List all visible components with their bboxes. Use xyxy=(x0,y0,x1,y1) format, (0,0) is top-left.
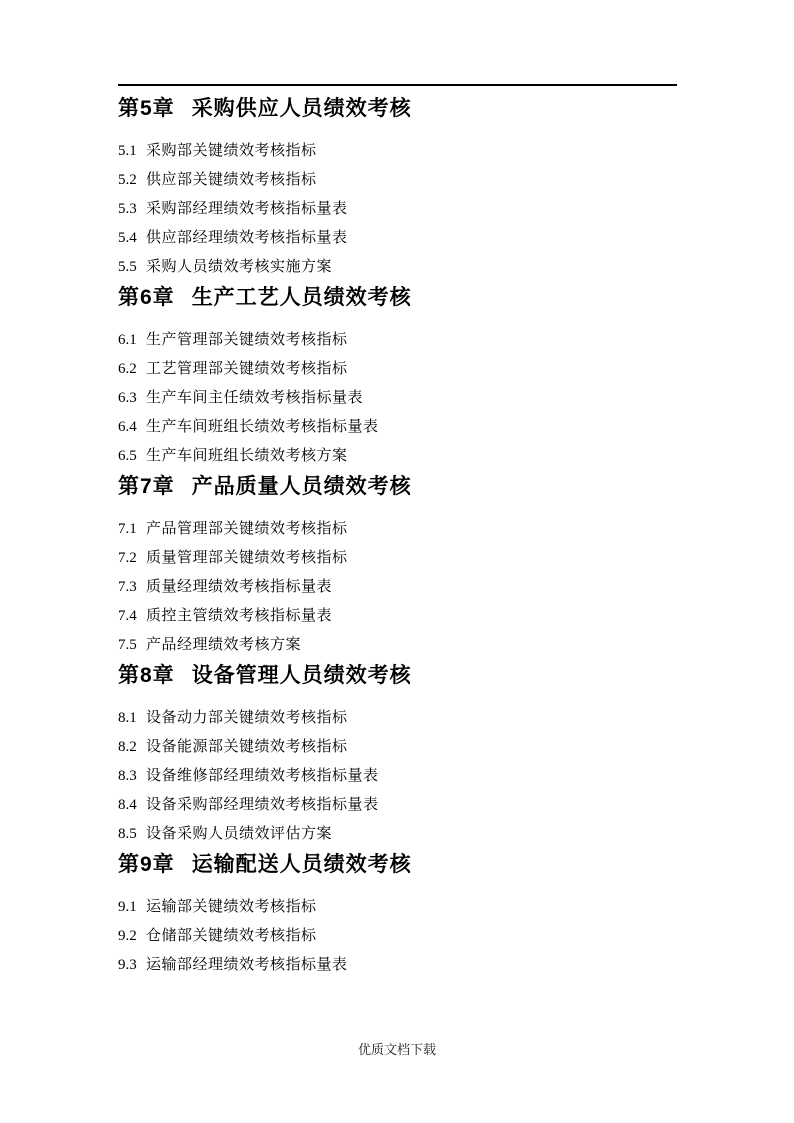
toc-item-number: 8.3 xyxy=(118,762,146,791)
toc-item-label: 质量经理绩效考核指标量表 xyxy=(146,573,332,602)
toc-item: 9.3运输部经理绩效考核指标量表 xyxy=(118,951,677,980)
toc-item: 5.1采购部关键绩效考核指标 xyxy=(118,137,677,166)
toc-item-number: 9.1 xyxy=(118,893,146,922)
toc-item: 8.5设备采购人员绩效评估方案 xyxy=(118,820,677,849)
chapter-number: 第6章 xyxy=(118,286,175,309)
toc-item-label: 生产车间主任绩效考核指标量表 xyxy=(146,384,363,413)
toc-item: 8.1设备动力部关键绩效考核指标 xyxy=(118,704,677,733)
toc-item-label: 生产车间班组长绩效考核方案 xyxy=(146,442,348,471)
toc-item-number: 7.3 xyxy=(118,573,146,602)
toc-item: 7.4质控主管绩效考核指标量表 xyxy=(118,602,677,631)
chapter-title: 采购供应人员绩效考核 xyxy=(192,97,412,120)
toc-item-label: 采购人员绩效考核实施方案 xyxy=(146,253,332,282)
toc-item-number: 8.1 xyxy=(118,704,146,733)
toc-item-number: 6.3 xyxy=(118,384,146,413)
toc-item-label: 质控主管绩效考核指标量表 xyxy=(146,602,332,631)
toc-item: 7.1产品管理部关键绩效考核指标 xyxy=(118,515,677,544)
toc-item: 5.2供应部关键绩效考核指标 xyxy=(118,166,677,195)
chapter-number: 第9章 xyxy=(118,853,175,876)
toc-item-label: 设备采购人员绩效评估方案 xyxy=(146,820,332,849)
chapter-heading: 第8章设备管理人员绩效考核 xyxy=(118,663,677,689)
toc-item-number: 5.4 xyxy=(118,224,146,253)
chapter-title: 设备管理人员绩效考核 xyxy=(192,664,412,687)
toc-item: 5.4供应部经理绩效考核指标量表 xyxy=(118,224,677,253)
toc-item-number: 5.2 xyxy=(118,166,146,195)
toc-item-number: 9.3 xyxy=(118,951,146,980)
toc-item-label: 生产管理部关键绩效考核指标 xyxy=(146,326,348,355)
toc-item-number: 7.4 xyxy=(118,602,146,631)
toc-item-number: 6.4 xyxy=(118,413,146,442)
toc-item: 8.2设备能源部关键绩效考核指标 xyxy=(118,733,677,762)
document-body: 第5章采购供应人员绩效考核5.1采购部关键绩效考核指标5.2供应部关键绩效考核指… xyxy=(118,84,677,980)
chapter-title: 生产工艺人员绩效考核 xyxy=(192,286,412,309)
toc-item-number: 6.1 xyxy=(118,326,146,355)
toc-item: 6.1生产管理部关键绩效考核指标 xyxy=(118,326,677,355)
toc-item-number: 6.5 xyxy=(118,442,146,471)
toc-item: 8.4设备采购部经理绩效考核指标量表 xyxy=(118,791,677,820)
table-of-contents: 第5章采购供应人员绩效考核5.1采购部关键绩效考核指标5.2供应部关键绩效考核指… xyxy=(118,96,677,980)
toc-item-label: 采购部关键绩效考核指标 xyxy=(146,137,317,166)
toc-item-label: 设备维修部经理绩效考核指标量表 xyxy=(146,762,379,791)
chapter-title: 产品质量人员绩效考核 xyxy=(192,475,412,498)
toc-item-number: 6.2 xyxy=(118,355,146,384)
chapter-heading: 第9章运输配送人员绩效考核 xyxy=(118,852,677,878)
toc-item-number: 5.3 xyxy=(118,195,146,224)
toc-item: 5.5采购人员绩效考核实施方案 xyxy=(118,253,677,282)
toc-item: 7.2质量管理部关键绩效考核指标 xyxy=(118,544,677,573)
toc-item-number: 8.2 xyxy=(118,733,146,762)
header-rule xyxy=(118,84,677,86)
toc-item-label: 设备动力部关键绩效考核指标 xyxy=(146,704,348,733)
toc-item: 6.3生产车间主任绩效考核指标量表 xyxy=(118,384,677,413)
toc-item-number: 5.5 xyxy=(118,253,146,282)
chapter-title: 运输配送人员绩效考核 xyxy=(192,853,412,876)
toc-item: 6.2工艺管理部关键绩效考核指标 xyxy=(118,355,677,384)
chapter-number: 第8章 xyxy=(118,664,175,687)
toc-item-label: 供应部关键绩效考核指标 xyxy=(146,166,317,195)
toc-item-number: 7.1 xyxy=(118,515,146,544)
toc-item: 5.3采购部经理绩效考核指标量表 xyxy=(118,195,677,224)
toc-item-number: 9.2 xyxy=(118,922,146,951)
toc-item-number: 5.1 xyxy=(118,137,146,166)
toc-item-label: 仓储部关键绩效考核指标 xyxy=(146,922,317,951)
document-page: 第5章采购供应人员绩效考核5.1采购部关键绩效考核指标5.2供应部关键绩效考核指… xyxy=(0,0,794,1123)
toc-item-label: 质量管理部关键绩效考核指标 xyxy=(146,544,348,573)
toc-item-label: 生产车间班组长绩效考核指标量表 xyxy=(146,413,379,442)
page-footer: 优质文档下载 xyxy=(0,1039,794,1058)
chapter-number: 第7章 xyxy=(118,475,175,498)
toc-item: 9.2仓储部关键绩效考核指标 xyxy=(118,922,677,951)
chapter-heading: 第7章产品质量人员绩效考核 xyxy=(118,474,677,500)
toc-item: 7.3质量经理绩效考核指标量表 xyxy=(118,573,677,602)
footer-text: 优质文档下载 xyxy=(358,1042,436,1057)
toc-item-label: 供应部经理绩效考核指标量表 xyxy=(146,224,348,253)
toc-item: 6.4生产车间班组长绩效考核指标量表 xyxy=(118,413,677,442)
toc-item-label: 运输部经理绩效考核指标量表 xyxy=(146,951,348,980)
toc-item-label: 设备采购部经理绩效考核指标量表 xyxy=(146,791,379,820)
toc-item-number: 7.5 xyxy=(118,631,146,660)
toc-item-label: 采购部经理绩效考核指标量表 xyxy=(146,195,348,224)
toc-item: 7.5产品经理绩效考核方案 xyxy=(118,631,677,660)
toc-item: 9.1运输部关键绩效考核指标 xyxy=(118,893,677,922)
toc-item: 8.3设备维修部经理绩效考核指标量表 xyxy=(118,762,677,791)
toc-item-number: 7.2 xyxy=(118,544,146,573)
toc-item-number: 8.5 xyxy=(118,820,146,849)
toc-item-label: 设备能源部关键绩效考核指标 xyxy=(146,733,348,762)
chapter-heading: 第5章采购供应人员绩效考核 xyxy=(118,96,677,122)
chapter-number: 第5章 xyxy=(118,97,175,120)
toc-item-label: 产品管理部关键绩效考核指标 xyxy=(146,515,348,544)
toc-item: 6.5生产车间班组长绩效考核方案 xyxy=(118,442,677,471)
chapter-heading: 第6章生产工艺人员绩效考核 xyxy=(118,285,677,311)
toc-item-label: 工艺管理部关键绩效考核指标 xyxy=(146,355,348,384)
toc-item-label: 产品经理绩效考核方案 xyxy=(146,631,301,660)
toc-item-number: 8.4 xyxy=(118,791,146,820)
toc-item-label: 运输部关键绩效考核指标 xyxy=(146,893,317,922)
